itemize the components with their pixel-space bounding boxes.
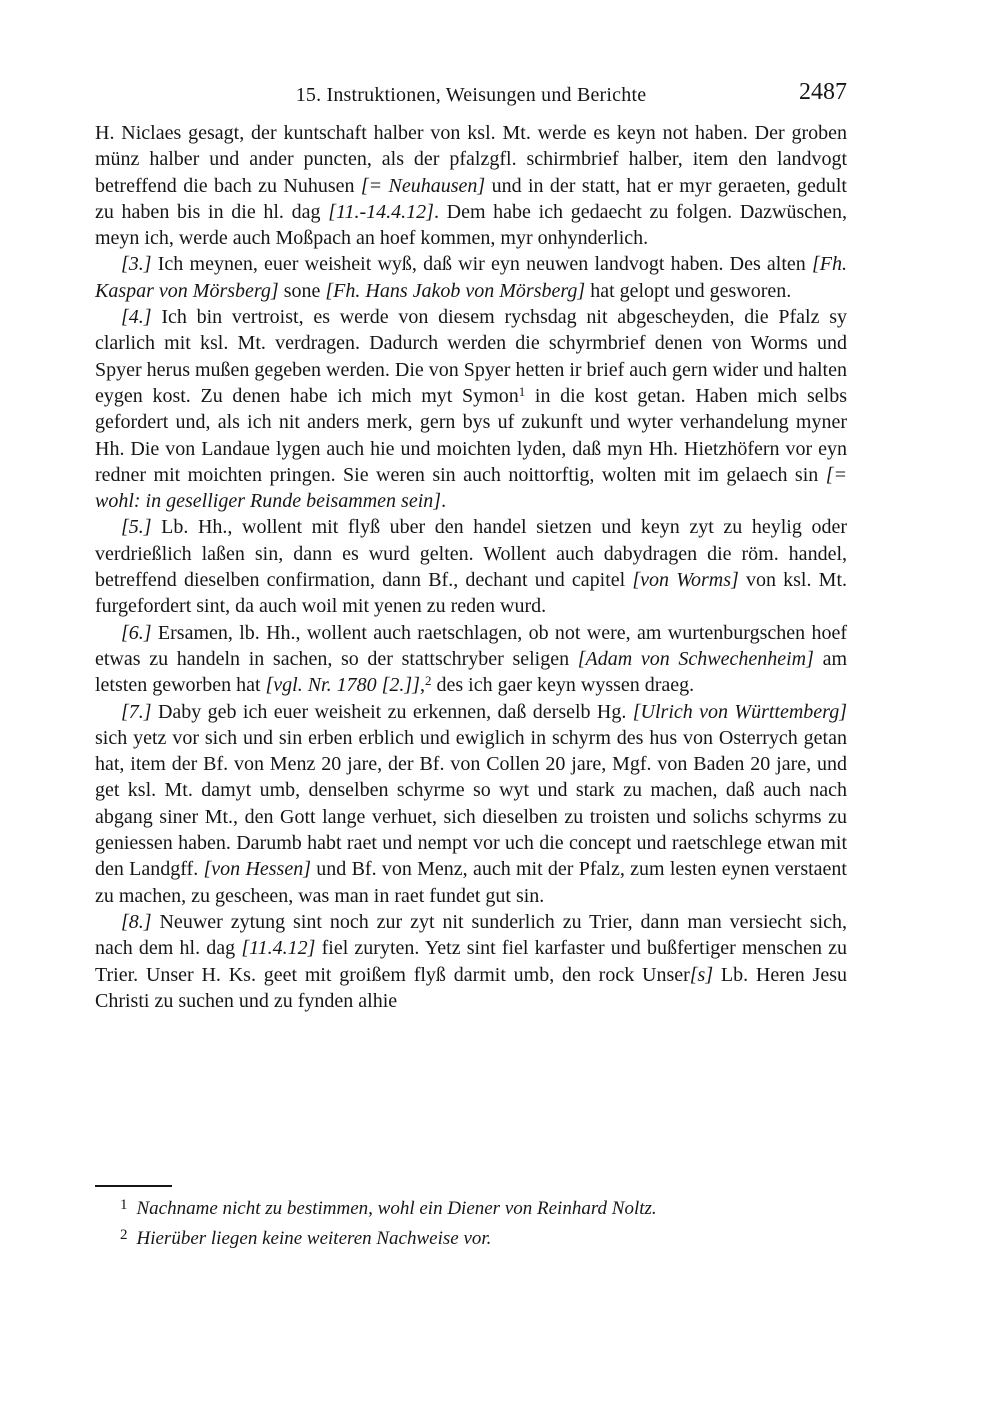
- footnote-number: 1: [120, 1197, 128, 1213]
- paragraph: [8.] Neuwer zytung sint noch zur zyt nit…: [95, 909, 847, 1014]
- footnotes: 1Nachname nicht zu bestimmen, wohl ein D…: [95, 1185, 847, 1254]
- footnote-ref: 2: [425, 673, 432, 688]
- italic-run: [3.]: [121, 253, 152, 275]
- page-content: 15. Instruktionen, Weisungen und Bericht…: [95, 82, 847, 1254]
- running-header: 15. Instruktionen, Weisungen und Bericht…: [95, 82, 847, 106]
- footnote-number: 2: [120, 1227, 128, 1243]
- italic-run: [Adam von Schwechenheim]: [578, 648, 814, 670]
- italic-run: [vgl. Nr. 1780 [2.]]: [266, 674, 420, 696]
- paragraph: [5.] Lb. Hh., wollent mit flyß uber den …: [95, 514, 847, 619]
- italic-run: [5.]: [121, 516, 152, 538]
- italic-run: [von Worms]: [632, 569, 738, 591]
- paragraph: [6.] Ersamen, lb. Hh., wollent auch raet…: [95, 620, 847, 699]
- italic-run: [11.-14.4.12]: [328, 201, 434, 223]
- paragraph: H. Niclaes gesagt, der kuntschaft halber…: [95, 120, 847, 251]
- italic-run: [= Neuhausen]: [361, 175, 485, 197]
- italic-run: [11.4.12]: [241, 937, 315, 959]
- italic-run: [4.]: [121, 306, 152, 328]
- body-text: H. Niclaes gesagt, der kuntschaft halber…: [95, 120, 847, 1185]
- paragraph: [4.] Ich bin vertroist, es werde von die…: [95, 304, 847, 514]
- italic-run: [Ulrich von Württemberg]: [633, 701, 847, 723]
- footnote-item: 2Hierüber liegen keine weiteren Nachweis…: [95, 1224, 847, 1254]
- italic-run: [6.]: [121, 622, 152, 644]
- italic-run: [von Hessen]: [204, 858, 312, 880]
- paragraph: [7.] Daby geb ich euer weisheit zu erken…: [95, 699, 847, 909]
- footnote-text: Nachname nicht zu bestimmen, wohl ein Di…: [137, 1198, 657, 1219]
- italic-run: [8.]: [121, 911, 152, 933]
- footnote-list: 1Nachname nicht zu bestimmen, wohl ein D…: [95, 1194, 847, 1254]
- footnote-text: Hierüber liegen keine weiteren Nachweise…: [137, 1228, 492, 1249]
- italic-run: [s]: [690, 964, 713, 986]
- italic-run: [7.]: [121, 701, 152, 723]
- footnote-rule: [95, 1185, 172, 1187]
- footnote-ref: 1: [519, 384, 526, 399]
- italic-run: [Fh. Hans Jakob von Mörsberg]: [325, 280, 585, 302]
- section-title: 15. Instruktionen, Weisungen und Bericht…: [95, 84, 847, 107]
- footnote-item: 1Nachname nicht zu bestimmen, wohl ein D…: [95, 1194, 847, 1224]
- paragraph: [3.] Ich meynen, euer weisheit wyß, daß …: [95, 251, 847, 304]
- book-page: 15. Instruktionen, Weisungen und Bericht…: [0, 0, 1004, 1418]
- italic-run: [= wohl: in geselliger Runde beisammen s…: [95, 464, 847, 512]
- page-number: 2487: [799, 79, 847, 106]
